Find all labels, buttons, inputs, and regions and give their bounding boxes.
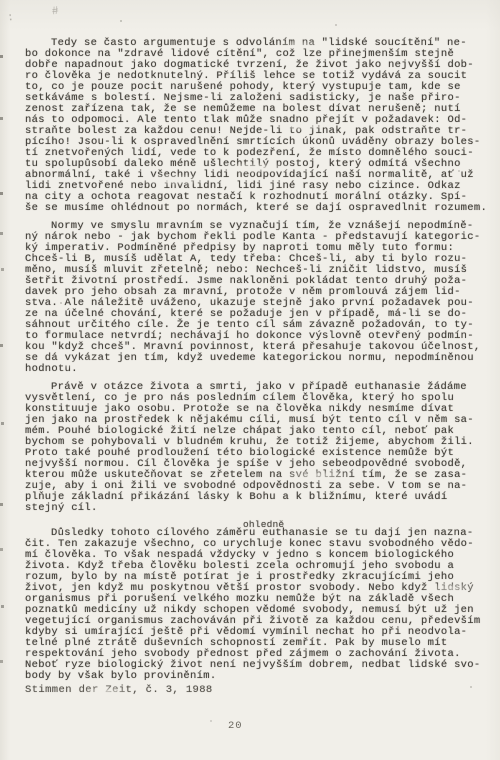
paragraph: Tedy se často argumentuje s odvoláním na…: [25, 38, 487, 214]
paragraph: ohledněDůsledky tohoto cílového záměru e…: [25, 521, 487, 682]
source-citation: Stimmen der Zeit, č. 3, 1988: [25, 684, 213, 696]
text-line: hodnotu.: [25, 364, 487, 375]
text-line: se dá vykázat jen tím, když uvedeme kate…: [25, 353, 487, 364]
paragraph: Právě v otázce života a smrti, jako v př…: [25, 382, 487, 514]
pencil-marks: : #: [6, 3, 75, 24]
paper-speckles: [120, 20, 122, 22]
page-number: 20: [228, 720, 243, 732]
text-line: stejný cíl.: [25, 503, 487, 514]
text-line: še se musíme ohlédnout po normách, které…: [25, 203, 487, 214]
text-line: body by však bylo proviněním.: [25, 671, 487, 682]
text-block: Tedy se často argumentuje s odvoláním na…: [25, 38, 487, 689]
paragraph: Normy ve smyslu mravním se vyznačují tím…: [25, 221, 487, 375]
scanned-page: : # Tedy se často argumentuje s odvolání…: [0, 0, 500, 760]
scan-edge-artifacts: [0, 55, 3, 58]
